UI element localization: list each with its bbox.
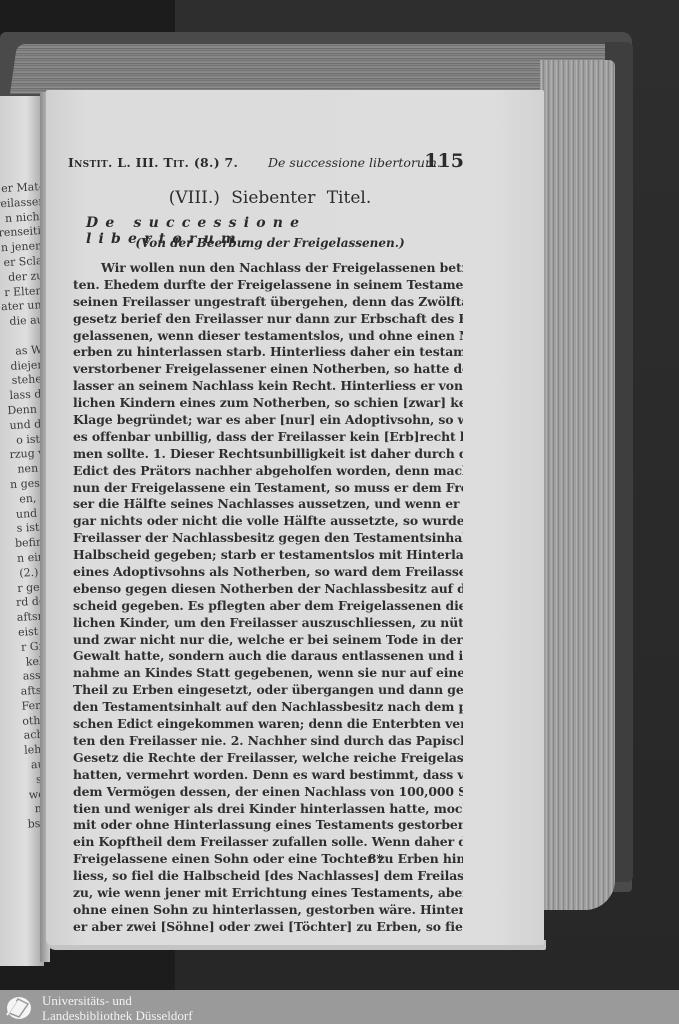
- text-line: scheid gegeben. Es pflegten aber dem Fre…: [73, 598, 463, 615]
- running-head-reference: Instit. L. III. Tit. (8.) 7.: [68, 155, 238, 170]
- text-line: lichen Kindern eines zum Notherben, so s…: [73, 395, 463, 412]
- text-line: Wir wollen nun den Nachlass der Freigela…: [73, 260, 463, 277]
- running-head-title: De successione libertorum.: [268, 155, 441, 170]
- ulb-book-logo-icon: [4, 995, 34, 1021]
- text-line: ser die Hälfte seines Nachlasses aussetz…: [73, 496, 463, 513]
- text-line: ebenso gegen diesen Notherben der Nachla…: [73, 581, 463, 598]
- left-page-fragment: er Mat-reilassern nichtrenseiti-n jeneme…: [0, 96, 44, 966]
- text-line: ohne einen Sohn zu hinterlassen, gestorb…: [73, 902, 463, 919]
- section-title: (VIII.) Siebenter Titel.: [60, 188, 480, 208]
- text-line: ten. Ehedem durfte der Freigelassene in …: [73, 277, 463, 294]
- text-line: men sollte. 1. Dieser Rechtsunbilligkeit…: [73, 446, 463, 463]
- text-line: gelassenen, wenn dieser testamentslos, u…: [73, 328, 463, 345]
- text-line: nahme an Kindes Statt gegebenen, wenn si…: [73, 665, 463, 682]
- text-line: er aber zwei [Söhne] oder zwei [Töchter]…: [73, 919, 463, 936]
- text-line: erben zu hinterlassen starb. Hinterliess…: [73, 344, 463, 361]
- left-page-line: n gesagt: [10, 476, 44, 493]
- page-edges-right: [540, 60, 615, 910]
- text-line: Halbscheid gegeben; starb er testamentsl…: [73, 547, 463, 564]
- text-line: tien und weniger als drei Kinder hinterl…: [73, 801, 463, 818]
- left-page-line: Denn da: [6, 402, 44, 419]
- text-line: schen Edict eingekommen waren; denn die …: [73, 716, 463, 733]
- text-line: zu, wie wenn jener mit Errichtung eines …: [73, 885, 463, 902]
- text-line: ten den Freilasser nie. 2. Nachher sind …: [73, 733, 463, 750]
- text-line: Gewalt hatte, sondern auch die daraus en…: [73, 648, 463, 665]
- page-number: 115: [424, 150, 464, 172]
- text-line: den Testamentsinhalt auf den Nachlassbes…: [73, 699, 463, 716]
- left-page-line: die aus: [1, 313, 44, 330]
- text-line: Theil zu Erben eingesetzt, oder übergang…: [73, 682, 463, 699]
- page-edges-top: [10, 44, 622, 94]
- text-line: seinen Freilasser ungestraft übergehen, …: [73, 294, 463, 311]
- left-page-text: er Mat-reilassern nichtrenseiti-n jeneme…: [0, 180, 44, 833]
- left-page-line: as Wir: [3, 343, 44, 360]
- text-line: mit oder ohne Hinterlassung eines Testam…: [73, 817, 463, 834]
- section-german-subtitle: (Von der Beerbung der Freigelassenen.): [60, 236, 480, 250]
- text-line: ein Kopftheil dem Freilasser zufallen so…: [73, 834, 463, 851]
- text-line: Edict des Prätors nachher abgeholfen wor…: [73, 463, 463, 480]
- running-head: Instit. L. III. Tit. (8.) 7. De successi…: [68, 152, 464, 174]
- left-page-line: nen er-: [9, 461, 44, 478]
- text-line: lichen Kinder, um den Freilasser auszusc…: [73, 615, 463, 632]
- text-line: hatten, vermehrt worden. Denn es ward be…: [73, 767, 463, 784]
- text-line: gesetz berief den Freilasser nur dann zu…: [73, 311, 463, 328]
- signature-mark: 8*: [368, 852, 383, 866]
- text-line: Freilasser der Nachlassbesitz gegen den …: [73, 530, 463, 547]
- text-line: Klage begründet; war es aber [nur] ein A…: [73, 412, 463, 429]
- text-line: und zwar nicht nur die, welche er bei se…: [73, 632, 463, 649]
- text-line: eines Adoptivsohns als Notherben, so war…: [73, 564, 463, 581]
- left-page-line: en, der: [10, 490, 44, 507]
- text-line: Freigelassene einen Sohn oder eine Tocht…: [73, 851, 463, 868]
- text-line: lasser an seinem Nachlass kein Recht. Hi…: [73, 378, 463, 395]
- text-line: Gesetz die Rechte der Freilasser, welche…: [73, 750, 463, 767]
- text-line: liess, so fiel die Halbscheid [des Nachl…: [73, 868, 463, 885]
- text-line: es offenbar unbillig, dass der Freilasse…: [73, 429, 463, 446]
- footer-library-name-line2: Landesbibliothek Düsseldorf: [42, 1008, 193, 1024]
- footer-library-name-line1: Universitäts- und: [42, 993, 132, 1009]
- body-text: Wir wollen nun den Nachlass der Freigela…: [73, 260, 463, 936]
- text-line: gar nichts oder nicht die volle Hälfte a…: [73, 513, 463, 530]
- text-line: nun der Freigelassene ein Testament, so …: [73, 480, 463, 497]
- text-line: verstorbener Freigelassener einen Nother…: [73, 361, 463, 378]
- text-line: dem Vermögen dessen, der einen Nachlass …: [73, 784, 463, 801]
- left-page-line: und die,: [6, 416, 44, 433]
